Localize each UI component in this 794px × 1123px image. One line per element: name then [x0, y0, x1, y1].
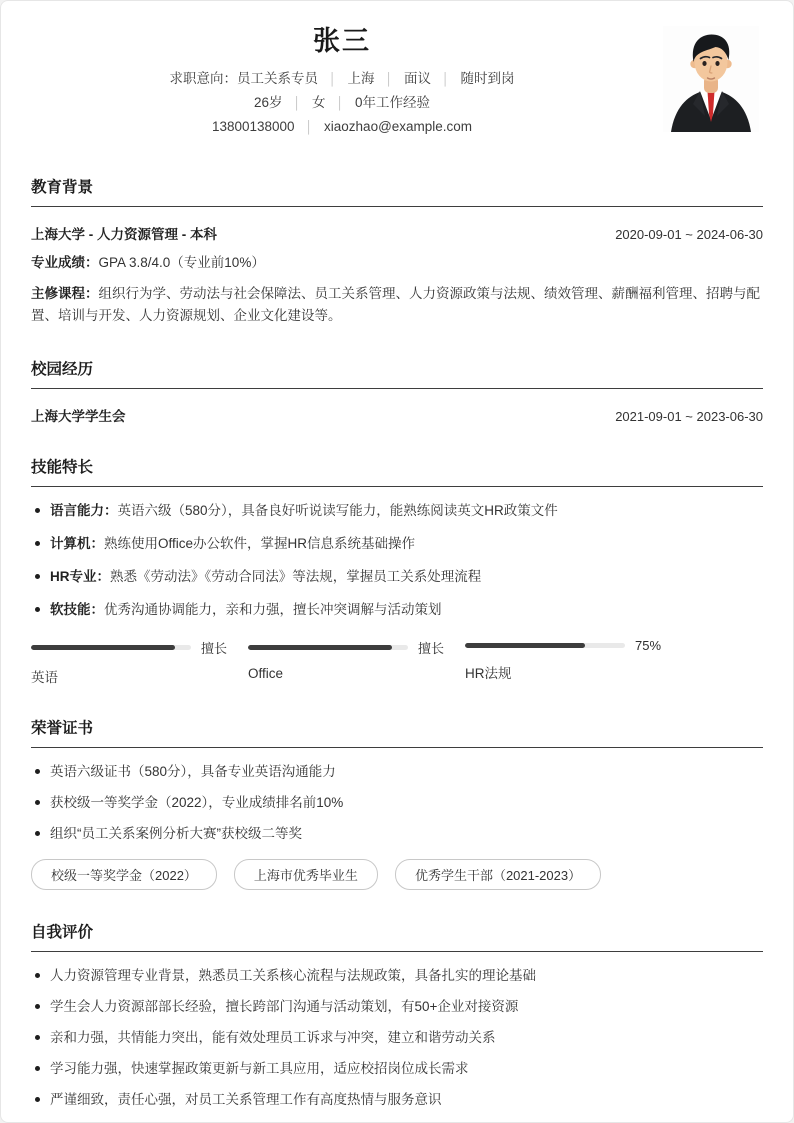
education-gpa-row: 专业成绩：GPA 3.8/4.0（专业前10%）: [31, 252, 763, 274]
honor-badge: 上海市优秀毕业生: [234, 859, 378, 890]
self-evaluation-item: 人力资源管理专业背景，熟悉员工关系核心流程与法规政策，具备扎实的理论基础: [31, 966, 763, 986]
skill-bar-office: 擅长 Office: [248, 638, 465, 686]
bar-track: [465, 643, 625, 648]
gpa-value: GPA 3.8/4.0（专业前10%）: [99, 255, 265, 270]
education-entry-head: 上海大学 - 人力资源管理 - 本科 2020-09-01 ~ 2024-06-…: [31, 223, 763, 243]
skill-bar-hr-law: 75% HR法规: [465, 638, 682, 686]
job-intent-position: 员工关系专员: [237, 71, 318, 86]
job-intent-availability: 随时到岗: [461, 71, 515, 86]
education-date-range: 2020-09-01 ~ 2024-06-30: [615, 227, 763, 242]
self-evaluation-item: 严谨细致，责任心强，对员工关系管理工作有高度热情与服务意识: [31, 1090, 763, 1110]
bar-level-label: 75%: [635, 638, 661, 653]
section-title-self-evaluation: 自我评价: [31, 920, 763, 952]
self-evaluation-item: 学习能力强，快速掌握政策更新与新工具应用，适应校招岗位成长需求: [31, 1059, 763, 1079]
honor-badge: 优秀学生干部（2021-2023）: [395, 859, 601, 890]
separator-bar: │: [329, 72, 337, 86]
job-intent-label: 求职意向：: [170, 71, 238, 86]
education-entry: 上海大学 - 人力资源管理 - 本科 2020-09-01 ~ 2024-06-…: [31, 223, 763, 327]
phone-number: 13800138000: [212, 119, 295, 134]
skill-bar-row: 擅长: [248, 638, 465, 657]
bar-skill-name: 英语: [31, 666, 248, 686]
skill-label: HR专业：: [50, 569, 110, 584]
job-intent-salary: 面议: [404, 71, 431, 86]
skill-item-computer: 计算机：熟练使用Office办公软件，掌握HR信息系统基础操作: [31, 534, 763, 554]
bar-track: [248, 645, 408, 650]
age-text: 26岁: [254, 95, 283, 110]
skills-bullet-list: 语言能力：英语六级（580分），具备良好听说读写能力，能熟练阅读英文HR政策文件…: [31, 501, 763, 620]
contact-line: 13800138000│xiaozhao@example.com: [31, 115, 653, 139]
skill-bar-english: 擅长 英语: [31, 638, 248, 686]
separator-bar: │: [337, 96, 345, 110]
self-evaluation-item: 学生会人力资源部部长经验，擅长跨部门沟通与活动策划，有50+企业对接资源: [31, 997, 763, 1017]
education-courses-row: 主修课程：组织行为学、劳动法与社会保障法、员工关系管理、人力资源政策与法规、绩效…: [31, 283, 763, 327]
gpa-label: 专业成绩：: [31, 255, 99, 270]
courses-list: 组织行为学、劳动法与社会保障法、员工关系管理、人力资源政策与法规、绩效管理、薪酬…: [31, 286, 760, 323]
courses-label: 主修课程：: [31, 286, 99, 301]
skill-label: 计算机：: [50, 536, 104, 551]
honor-item: 组织“员工关系案例分析大赛”获校级二等奖: [31, 824, 763, 844]
separator-bar: │: [306, 120, 314, 134]
header-contact-lines: 求职意向：员工关系专员│上海│面议│随时到岗 26岁│女│0年工作经验 1380…: [31, 67, 653, 139]
section-title-campus: 校园经历: [31, 357, 763, 389]
skill-text: 优秀沟通协调能力，亲和力强，擅长冲突调解与活动策划: [104, 602, 442, 617]
skill-item-hr: HR专业：熟悉《劳动法》《劳动合同法》等法规，掌握员工关系处理流程: [31, 567, 763, 587]
bar-fill: [31, 645, 175, 650]
campus-date-range: 2021-09-01 ~ 2023-06-30: [615, 409, 763, 424]
bar-track: [31, 645, 191, 650]
bar-level-label: 擅长: [201, 638, 227, 657]
separator-bar: │: [294, 96, 302, 110]
bar-level-label: 擅长: [418, 638, 444, 657]
skill-item-language: 语言能力：英语六级（580分），具备良好听说读写能力，能熟练阅读英文HR政策文件: [31, 501, 763, 521]
honor-item: 获校级一等奖学金（2022），专业成绩排名前10%: [31, 793, 763, 813]
email-address: xiaozhao@example.com: [324, 119, 472, 134]
skill-label: 软技能：: [50, 602, 104, 617]
job-intent-line: 求职意向：员工关系专员│上海│面议│随时到岗: [31, 67, 653, 91]
section-title-skills: 技能特长: [31, 455, 763, 487]
personal-info-line: 26岁│女│0年工作经验: [31, 91, 653, 115]
header-text-block: 张三 求职意向：员工关系专员│上海│面议│随时到岗 26岁│女│0年工作经验 1…: [31, 23, 653, 139]
candidate-name: 张三: [31, 23, 653, 59]
portrait-illustration: [663, 26, 759, 132]
separator-bar: │: [386, 72, 394, 86]
campus-organization: 上海大学学生会: [31, 405, 126, 425]
resume-header: 张三 求职意向：员工关系专员│上海│面议│随时到岗 26岁│女│0年工作经验 1…: [31, 23, 763, 139]
campus-entry-head: 上海大学学生会 2021-09-01 ~ 2023-06-30: [31, 405, 763, 425]
skill-bars: 擅长 英语 擅长 Office 75% HR法规: [31, 638, 763, 686]
skill-text: 英语六级（580分），具备良好听说读写能力，能熟练阅读英文HR政策文件: [118, 503, 558, 518]
bar-skill-name: HR法规: [465, 662, 682, 682]
honor-badge: 校级一等奖学金（2022）: [31, 859, 217, 890]
skill-bar-row: 擅长: [31, 638, 248, 657]
education-school-major: 上海大学 - 人力资源管理 - 本科: [31, 223, 217, 243]
separator-bar: │: [442, 72, 450, 86]
skill-text: 熟练使用Office办公软件，掌握HR信息系统基础操作: [104, 536, 415, 551]
self-evaluation-bullet-list: 人力资源管理专业背景，熟悉员工关系核心流程与法规政策，具备扎实的理论基础 学生会…: [31, 966, 763, 1110]
honor-item: 英语六级证书（580分），具备专业英语沟通能力: [31, 762, 763, 782]
skill-bar-row: 75%: [465, 638, 682, 653]
profile-photo: [663, 26, 759, 132]
bar-fill: [248, 645, 392, 650]
skill-item-soft: 软技能：优秀沟通协调能力，亲和力强，擅长冲突调解与活动策划: [31, 600, 763, 620]
section-title-honors: 荣誉证书: [31, 716, 763, 748]
honors-bullet-list: 英语六级证书（580分），具备专业英语沟通能力 获校级一等奖学金（2022），专…: [31, 762, 763, 844]
skill-text: 熟悉《劳动法》《劳动合同法》等法规，掌握员工关系处理流程: [110, 569, 481, 584]
bar-fill: [465, 643, 585, 648]
section-title-education: 教育背景: [31, 175, 763, 207]
resume-page: 张三 求职意向：员工关系专员│上海│面议│随时到岗 26岁│女│0年工作经验 1…: [0, 0, 794, 1123]
honor-badges: 校级一等奖学金（2022） 上海市优秀毕业生 优秀学生干部（2021-2023）: [31, 859, 763, 890]
self-evaluation-item: 亲和力强，共情能力突出，能有效处理员工诉求与冲突，建立和谐劳动关系: [31, 1028, 763, 1048]
job-intent-city: 上海: [348, 71, 375, 86]
skill-label: 语言能力：: [50, 503, 118, 518]
bar-skill-name: Office: [248, 666, 465, 681]
experience-text: 0年工作经验: [355, 95, 430, 110]
gender-text: 女: [312, 95, 326, 110]
